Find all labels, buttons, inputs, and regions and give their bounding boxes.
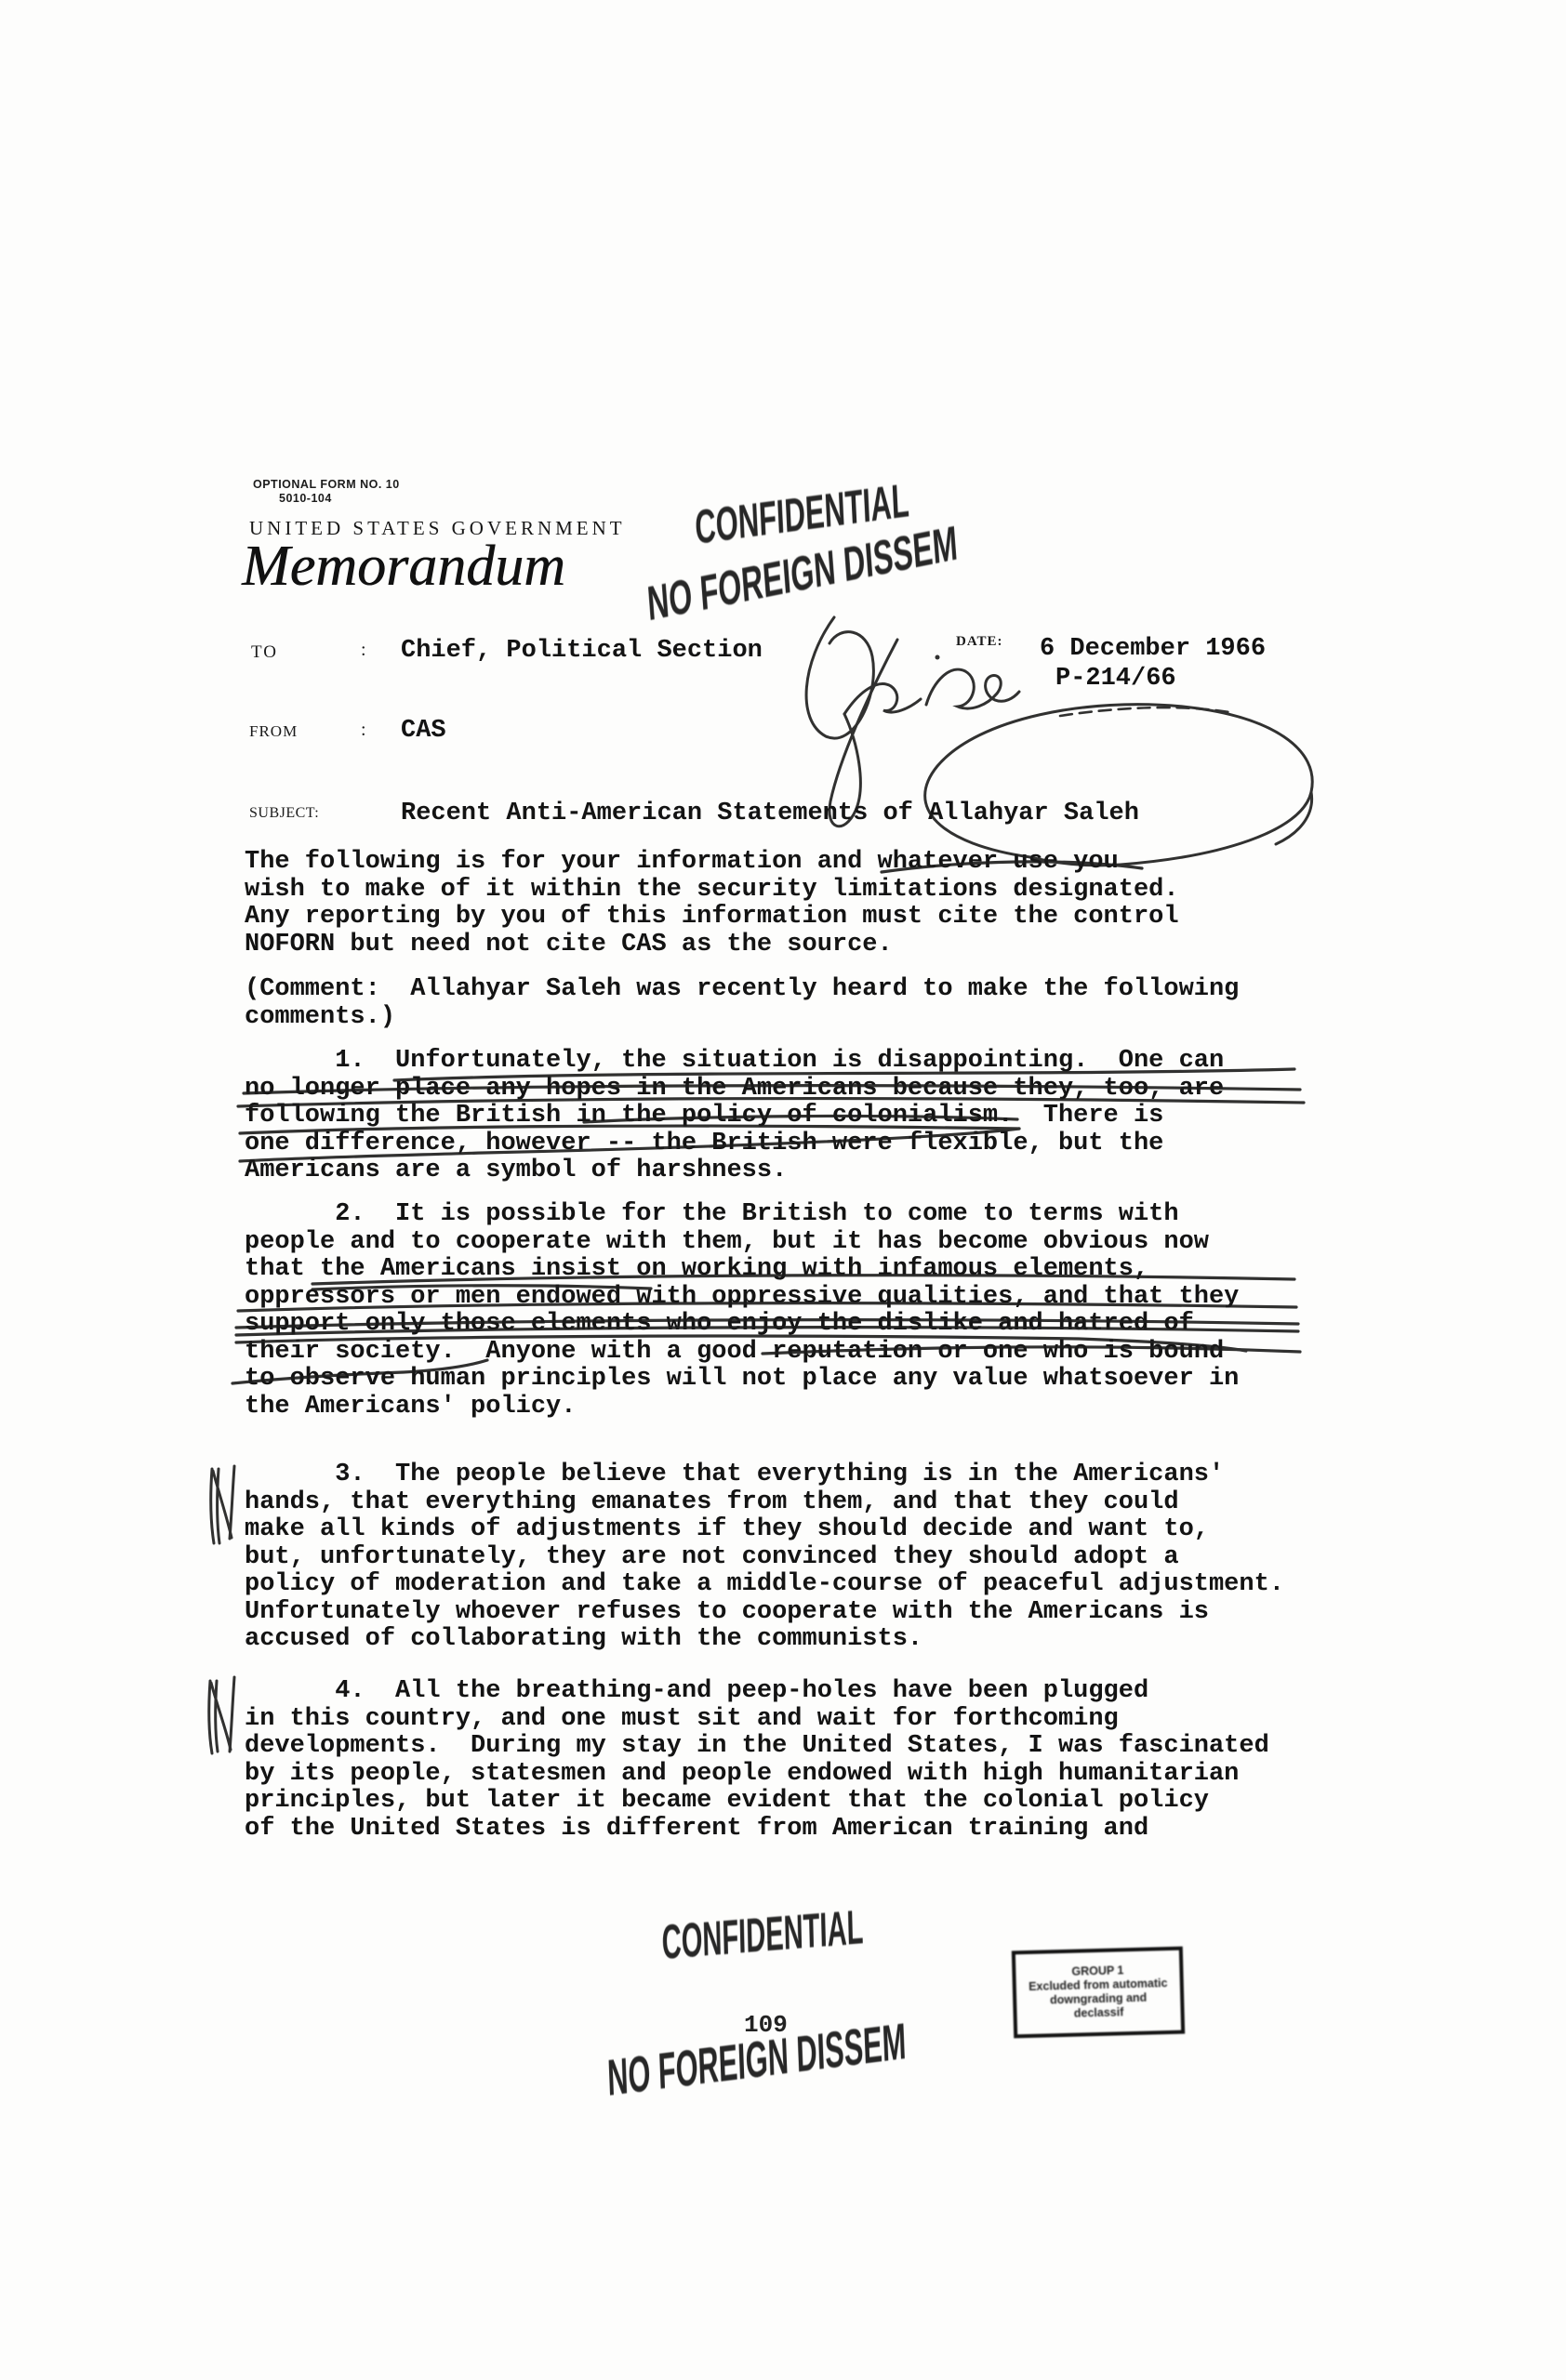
date-value: 6 December 1966 (1040, 636, 1266, 664)
dashed-pen-line (1060, 707, 1229, 716)
comment-paragraph: (Comment: Allahyar Saleh was recently he… (245, 976, 1239, 1031)
from-separator: : (361, 720, 366, 741)
subject-label: SUBJECT: (249, 805, 319, 822)
to-separator: : (361, 640, 366, 661)
form-number-line1: OPTIONAL FORM NO. 10 (253, 478, 400, 491)
form-number-line2: 5010-104 (279, 492, 400, 506)
memo-page: OPTIONAL FORM NO. 105010-104 UNITED STAT… (0, 0, 1566, 2380)
to-label: TO (251, 642, 278, 663)
paragraph-1: 1. Unfortunately, the situation is disap… (245, 1048, 1224, 1185)
subject-value: Recent Anti-American Statements of Allah… (401, 800, 1139, 828)
paragraph-4: 4. All the breathing-and peep-holes have… (245, 1678, 1269, 1843)
from-value: CAS (401, 718, 446, 746)
to-value: Chief, Political Section (401, 638, 763, 666)
group1-exclusion-stamp: GROUP 1 Excluded from automatic downgrad… (1012, 1947, 1185, 2039)
date-label: DATE: (956, 634, 1003, 650)
margin-n-mark-para3 (211, 1466, 234, 1543)
confidential-stamp-bottom: CONFIDENTIAL (661, 1899, 864, 1971)
memorandum-title: Memorandum (242, 534, 565, 599)
margin-n-mark-para4 (209, 1677, 234, 1753)
paragraph-2: 2. It is possible for the British to com… (245, 1201, 1239, 1421)
subject-oval (925, 705, 1313, 866)
reference-number: P-214/66 (1055, 666, 1176, 694)
form-number: OPTIONAL FORM NO. 105010-104 (253, 478, 400, 506)
from-label: FROM (249, 722, 298, 741)
intro-paragraph: The following is for your information an… (245, 849, 1179, 959)
paragraph-3: 3. The people believe that everything is… (245, 1461, 1284, 1654)
